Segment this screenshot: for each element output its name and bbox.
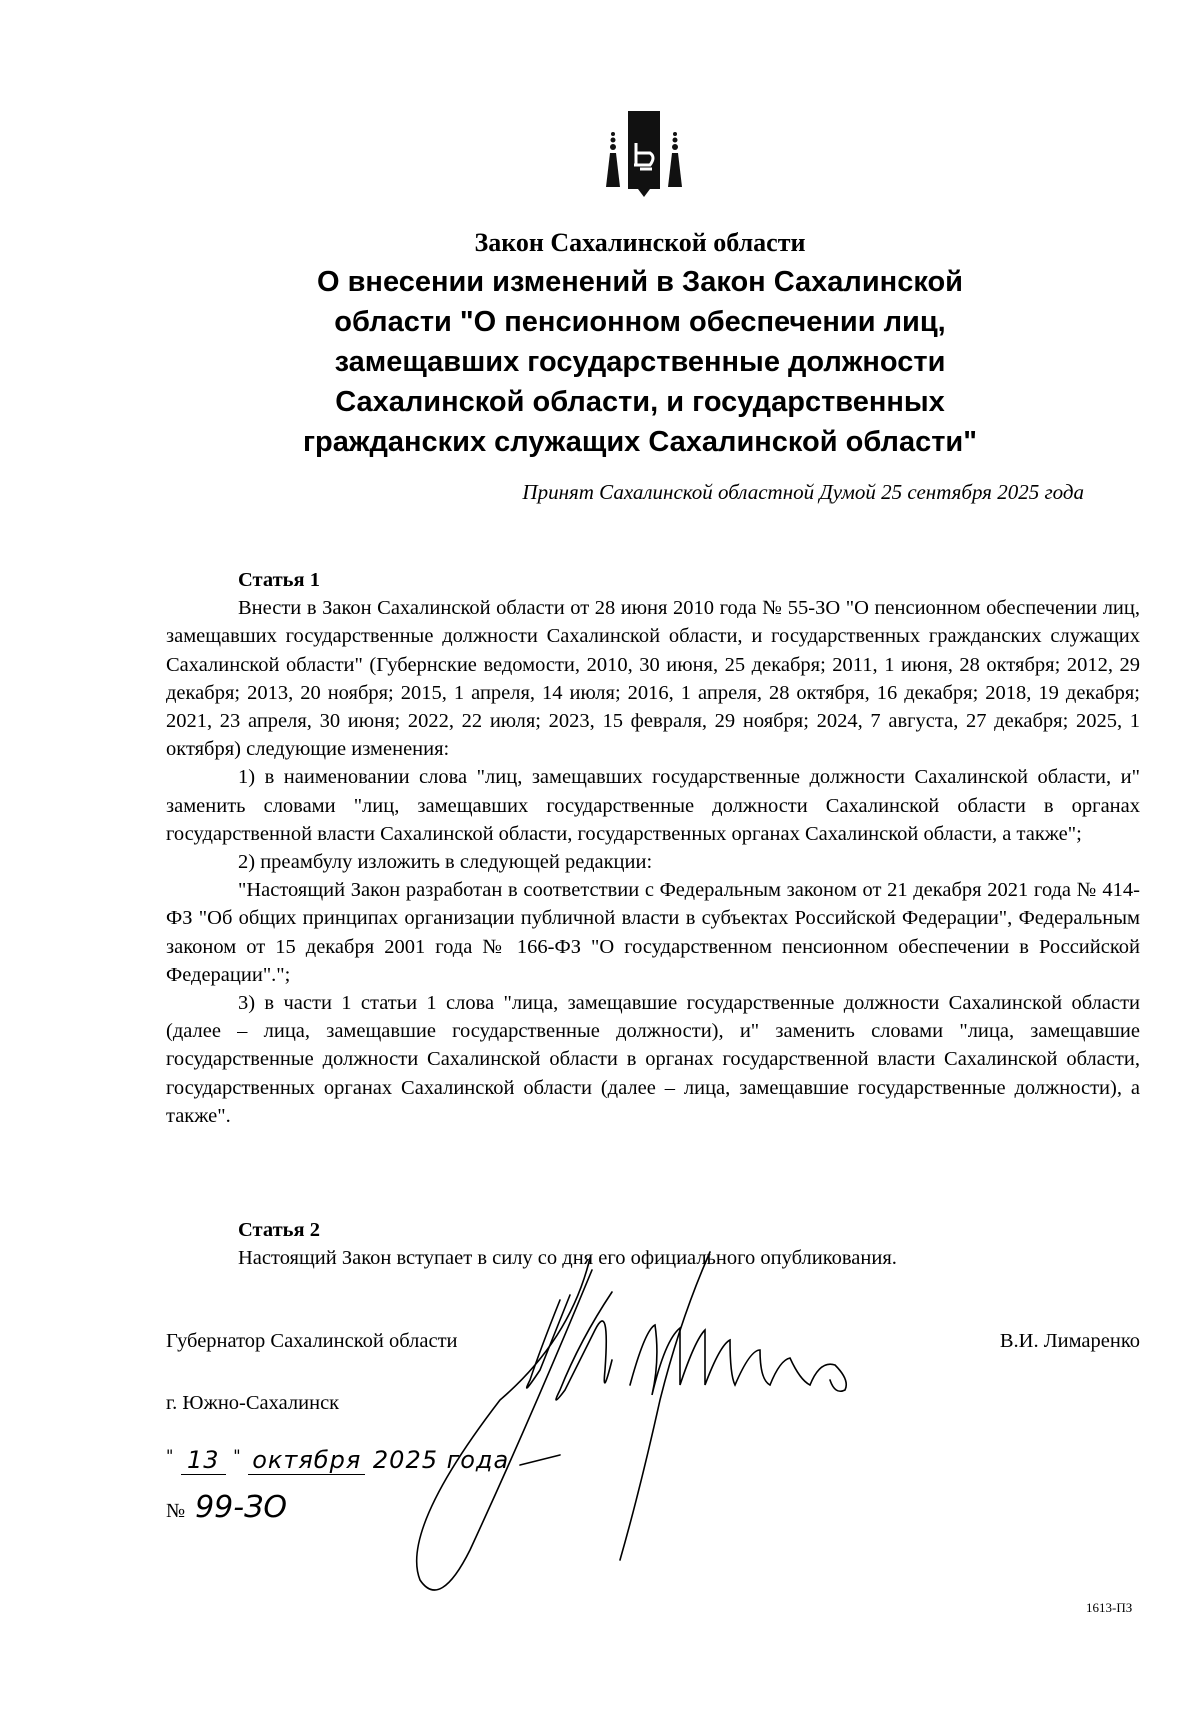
law-title-line: области "О пенсионном обеспечении лиц, bbox=[334, 306, 946, 338]
article-1-intro: Внести в Закон Сахалинской области от 28… bbox=[166, 594, 1140, 763]
law-title-line: О внесении изменений в Закон Сахалинской bbox=[317, 266, 963, 298]
date-year: 2025 года bbox=[373, 1446, 509, 1474]
article-heading: Статья 1 bbox=[166, 566, 1140, 594]
signatory-position: Губернатор Сахалинской области bbox=[166, 1330, 458, 1353]
article-2-text: Настоящий Закон вступает в силу со дня е… bbox=[166, 1244, 1140, 1272]
article-1-item: 2) преамбулу изложить в следующей редакц… bbox=[166, 848, 1140, 876]
date-close-quote: " bbox=[233, 1446, 240, 1465]
date-month: октября bbox=[248, 1446, 365, 1475]
article-heading: Статья 2 bbox=[166, 1216, 1140, 1244]
law-title-line: замещавших государственные должности bbox=[335, 346, 946, 378]
number-label: № bbox=[166, 1500, 185, 1522]
number-value: 99-ЗО bbox=[195, 1490, 287, 1525]
law-number: № 99-ЗО bbox=[166, 1490, 287, 1525]
signing-city: г. Южно-Сахалинск bbox=[166, 1392, 339, 1415]
article-1-item: 3) в части 1 статьи 1 слова "лица, замещ… bbox=[166, 989, 1140, 1130]
signatory-name: В.И. Лимаренко bbox=[1000, 1330, 1140, 1353]
coat-of-arms-icon bbox=[600, 107, 690, 202]
article-2: Статья 2 Настоящий Закон вступает в силу… bbox=[166, 1216, 1140, 1272]
document-code: 1613-ПЗ bbox=[1086, 1600, 1132, 1616]
article-1-item: "Настоящий Закон разработан в соответств… bbox=[166, 876, 1140, 989]
article-1-item: 1) в наименовании слова "лиц, замещавших… bbox=[166, 763, 1140, 848]
adoption-note: Принят Сахалинской областной Думой 25 се… bbox=[380, 480, 1084, 505]
document-page: Закон Сахалинской области О внесении изм… bbox=[0, 0, 1200, 1720]
date-open-quote: " bbox=[166, 1446, 173, 1465]
law-kind: Закон Сахалинской области bbox=[200, 226, 1080, 260]
law-title-line: гражданских служащих Сахалинской области… bbox=[303, 426, 977, 458]
article-1: Статья 1 Внести в Закон Сахалинской обла… bbox=[166, 566, 1140, 1130]
date-day: 13 bbox=[181, 1446, 226, 1475]
law-title-block: Закон Сахалинской области О внесении изм… bbox=[200, 226, 1080, 462]
law-title-line: Сахалинской области, и государственных bbox=[335, 386, 945, 418]
signing-date: " 13 " октября 2025 года bbox=[166, 1446, 509, 1475]
law-title: О внесении изменений в Закон Сахалинской… bbox=[200, 262, 1080, 462]
